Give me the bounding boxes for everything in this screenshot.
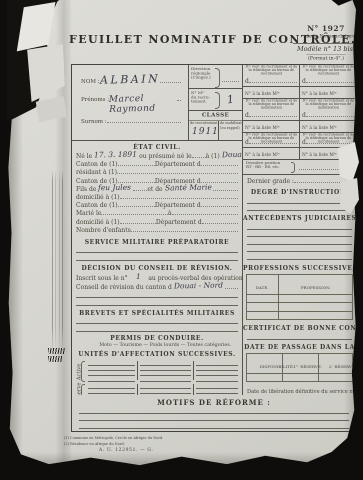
name-handwritten: ALBAIN — [99, 72, 160, 87]
blank-line — [306, 110, 354, 117]
brace-glyph — [215, 92, 220, 108]
section-decision-revision: DÉCISION DU CONSEIL DE RÉVISION. — [72, 265, 242, 272]
classe-cell: CLASSE de recrutement 1911 de mobilisati… — [189, 111, 242, 140]
classe-label: CLASSE — [194, 111, 236, 118]
section-permis: PERMIS DE CONDUIRE. — [72, 335, 242, 342]
blank-line — [177, 94, 181, 101]
section-professions: PROFESSIONS SUCCESSIVES. — [243, 265, 356, 272]
unites-reserve-group: Réserve — [74, 384, 240, 395]
footnotes: (1) Commune en Métropole, Cercle en Afri… — [64, 436, 284, 451]
parents-row: Fils de feu Jules et de Santé Marie — [76, 184, 238, 192]
blank-line — [79, 429, 349, 433]
professions-table: DATE. PROFESSION. — [246, 274, 353, 321]
classe-subcells: de recrutement 1911 de mobilisation (ou … — [189, 120, 242, 140]
col-reserve2-header: 2ᵉ RÉSERVE. — [319, 354, 356, 373]
unites-table: Active Réserve — [74, 361, 240, 395]
brace-glyph — [81, 384, 85, 395]
footnote-2: (2) Résidence en Afrique du Nord. — [64, 442, 174, 446]
blank-line — [249, 76, 297, 83]
son-of-label: Fils de — [76, 186, 96, 193]
blank-line — [101, 208, 168, 215]
blank-line — [76, 324, 238, 332]
unites-col — [194, 361, 240, 380]
matricule-cell: N° Mˡᵉ du recru- tement. 1 — [189, 89, 242, 111]
recrutement-cell: Dᵒⁿ régˡᵉ du recrutement et de la statis… — [243, 133, 300, 147]
col-disponibilite-header: DISPONIBILITÉ. — [247, 354, 283, 373]
father-handwritten: feu Jules — [96, 182, 133, 192]
section-service-preparatoire: SERVICE MILITAIRE PRÉPARATOIRE — [72, 239, 242, 246]
inscribed-label: Inscrit sous le n° — [76, 275, 128, 282]
dernier-grade-label: Dernier grade : — [247, 178, 294, 185]
section-date-passage: DATE DE PASSAGE DANS LA — [243, 344, 356, 351]
blank-line — [247, 252, 352, 260]
identity-block: NOM : ALBAIN Prénoms : Marcel Raymond Su… — [72, 65, 242, 141]
unites-col — [86, 361, 138, 380]
classe-mobilisation-label: de mobilisation — [220, 121, 243, 125]
firstnames-row: Prénoms : Marcel Raymond — [81, 94, 181, 109]
blank-line — [76, 317, 238, 325]
blank-line — [225, 282, 238, 289]
brace-glyph — [215, 68, 220, 88]
children-row: Nombre d'enfants — [76, 225, 238, 233]
control-form: NOM : ALBAIN Prénoms : Marcel Raymond Su… — [71, 64, 357, 432]
blank-line — [202, 217, 238, 224]
domicile-row: domicilié à (1) — [76, 192, 238, 200]
birthdate-handwritten: 17. 3. 1891 — [92, 150, 139, 160]
blank-line — [192, 151, 206, 158]
brace-glyph — [291, 162, 295, 173]
blank-line — [249, 137, 297, 144]
printer-imprint: A. U. 122951. — G. — [99, 447, 154, 452]
dernier-grade-row: Dernier grade : — [247, 176, 352, 185]
blank-line — [120, 192, 238, 199]
blank-line — [79, 421, 349, 428]
conseil-row: Conseil de révision du canton d Douai - … — [76, 282, 238, 291]
liste-matricule-cell: N° à la liste Mˡᵉ — [243, 87, 300, 98]
recrutement-cell: Dᵒⁿ régˡᵉ du recrutement et de la statis… — [243, 65, 300, 86]
page-title: FEUILLET NOMINATIF DE CONTRÔLE. — [69, 33, 307, 46]
unites-col — [138, 384, 194, 395]
blank-line — [247, 237, 352, 245]
footnote-1: (1) Commune en Métropole, Cercle en Afri… — [64, 436, 174, 440]
birthplace-handwritten: Douai — [220, 150, 243, 159]
blank-line — [201, 176, 238, 183]
canton-label: Canton de (1) — [76, 161, 118, 168]
children-label: Nombre d'enfants — [76, 227, 131, 234]
blank-line — [76, 298, 238, 306]
col-reserve1-header: 1ʳᵉ RÉSERVE. — [283, 354, 319, 373]
unites-col — [138, 361, 194, 380]
name-row: NOM : ALBAIN — [81, 73, 181, 89]
domicile-label: domicilié à (1) — [76, 194, 120, 201]
blank-line — [201, 200, 238, 207]
unites-col — [86, 384, 138, 395]
classe-recrutement-label: de recrutement — [190, 121, 218, 125]
blank-line — [247, 245, 352, 253]
blank-line — [222, 81, 239, 82]
firstnames-handwritten: Marcel Raymond — [109, 93, 177, 115]
marriage-row: Marié le à — [76, 208, 238, 216]
liste-matricule-cell: N° à la liste Mˡᵉ — [243, 121, 300, 132]
blank-line — [133, 184, 147, 191]
blank-line — [118, 159, 155, 166]
blank-line — [76, 291, 238, 299]
form-number: N° 1927 — [293, 24, 359, 33]
blank-line — [76, 253, 238, 261]
name-label: NOM : — [81, 79, 100, 85]
blank-line — [79, 407, 349, 414]
classe-recrutement-handwritten: 1911 — [192, 127, 219, 137]
blank-line — [201, 159, 238, 166]
col-date-header: DATE. — [247, 275, 279, 294]
mobilisation-cell: Dᵒⁿ régˡᵉ du recrutement et de la statis… — [300, 99, 356, 120]
left-column: NOM : ALBAIN Prénoms : Marcel Raymond Su… — [72, 65, 243, 395]
blank-line — [117, 167, 238, 174]
scanned-document: FEUILLET NOMINATIF DE CONTRÔLE. N° 1927 … — [0, 0, 363, 480]
section-brevets: BREVETS ET SPÉCIALITÉS MILITAIRES — [72, 310, 242, 317]
domicile-row: domicilié à (1) Département d — [76, 217, 238, 225]
liste-matricule-cell: N° à la liste Mˡᵉ — [300, 87, 356, 98]
liberation-row: Date de libération définitive du service… — [247, 386, 352, 395]
blank-line — [118, 200, 155, 207]
blank-line — [247, 196, 352, 204]
reference-box: N° 1927 de la Nomenclature générale. Mod… — [293, 24, 359, 65]
mother-handwritten: Santé Marie — [163, 182, 214, 192]
section-degre-instruction: DEGRÉ D'INSTRUCTION. — [243, 189, 356, 196]
blank-line — [247, 204, 352, 212]
motifs-section: MOTIFS DE RÉFORME : — [72, 395, 356, 433]
born-label: Né le — [76, 153, 92, 160]
identity-names: NOM : ALBAIN Prénoms : Marcel Raymond Su… — [72, 65, 188, 140]
matricule-handwritten: 1 — [226, 93, 235, 107]
blank-line — [306, 137, 354, 144]
blank-line — [120, 217, 156, 224]
section-motifs-reforme: MOTIFS DE RÉFORME : — [77, 398, 351, 407]
married-label: Marié le — [76, 210, 101, 217]
blank-line — [247, 230, 352, 238]
blank-line — [247, 332, 352, 340]
table-row — [247, 374, 352, 383]
conseil-label: Conseil de révision du canton d — [76, 284, 172, 291]
classe-mobilisation-cell: de mobilisation (ou rappel) — [219, 121, 242, 140]
regional-direction-cell: Direction régionale (Congés.) — [189, 65, 242, 89]
blank-line — [213, 184, 238, 191]
mobilisation-cell: Dᵒⁿ régˡᵉ du recrutement et de la statis… — [243, 99, 300, 120]
residence-row: résidant à (1) — [76, 167, 238, 175]
brace-glyph — [81, 361, 85, 382]
liste-matricule-cell: N° à la liste Mˡᵉ — [300, 121, 356, 132]
identity-middle-cells: Direction régionale (Congés.) N° Mˡᵉ du … — [188, 65, 242, 140]
residence-label: résidant à (1) — [76, 169, 117, 176]
passage-table: DISPONIBILITÉ. 1ʳᵉ RÉSERVE. 2ᵉ RÉSERVE. — [246, 353, 353, 383]
section-certificat: CERTIFICAT DE BONNE CONDUITE — [243, 325, 356, 332]
inscription-number-handwritten: 1 — [127, 272, 148, 281]
blank-line — [131, 225, 238, 232]
classe-recrutement-cell: de recrutement 1911 — [189, 121, 219, 140]
model-number: Modèle n° 13 bis. — [293, 43, 359, 53]
conseil-canton-handwritten: Douai - Nord — [172, 280, 225, 290]
blank-line — [107, 116, 181, 123]
torn-edge-piece — [338, 142, 359, 182]
canton-row: Canton de (1) Département d — [76, 159, 238, 167]
classe-mobilisation-sub: (ou rappel) — [220, 126, 240, 130]
right-column: Dᵒⁿ régˡᵉ du recrutement et de la statis… — [243, 65, 356, 395]
blank-line — [79, 414, 349, 421]
canton-row: Canton de (1) Département d — [76, 200, 238, 208]
blank-line — [76, 246, 238, 254]
nomenclature-note: de la Nomenclature générale. — [306, 33, 347, 39]
nickname-row: Surnom : — [81, 116, 181, 128]
recrutement-cell: Dᵒⁿ régˡᵉ du recrutement et de la statis… — [300, 65, 356, 86]
blank-line — [249, 110, 297, 117]
torn-edge-piece — [340, 178, 359, 214]
blank-line — [247, 222, 352, 230]
blank-line — [118, 176, 155, 183]
format-note: (Format in-4°.) — [306, 54, 346, 61]
section-unites: UNITÉS D'AFFECTATION SUCCESSIVES. — [72, 351, 242, 358]
liberation-label: Date de libération définitive du service… — [247, 389, 356, 395]
birth-row: Né le 17. 3. 1891 ou présumé né le à (1)… — [76, 151, 238, 159]
blank-line — [160, 76, 181, 83]
unites-col — [194, 384, 240, 395]
table-row — [247, 295, 352, 304]
permis-categories: Moto — Tourisme — Poids lourds — Toutes … — [99, 342, 215, 347]
blank-line — [306, 76, 354, 83]
liste-matricule-cell: N° à la liste Mˡᵉ — [243, 148, 300, 159]
blank-line — [172, 208, 239, 215]
table-row — [247, 303, 352, 312]
section-antecedents: ANTÉCÉDENTS JUDICIAIRES. — [243, 215, 356, 222]
domicile-label: domicilié à (1) — [76, 219, 120, 226]
col-profession-header: PROFESSION. — [279, 275, 352, 294]
unites-active-group: Active — [74, 361, 240, 380]
table-row — [247, 312, 352, 321]
firstnames-label: Prénoms : — [81, 97, 109, 103]
nickname-label: Surnom : — [81, 119, 107, 125]
